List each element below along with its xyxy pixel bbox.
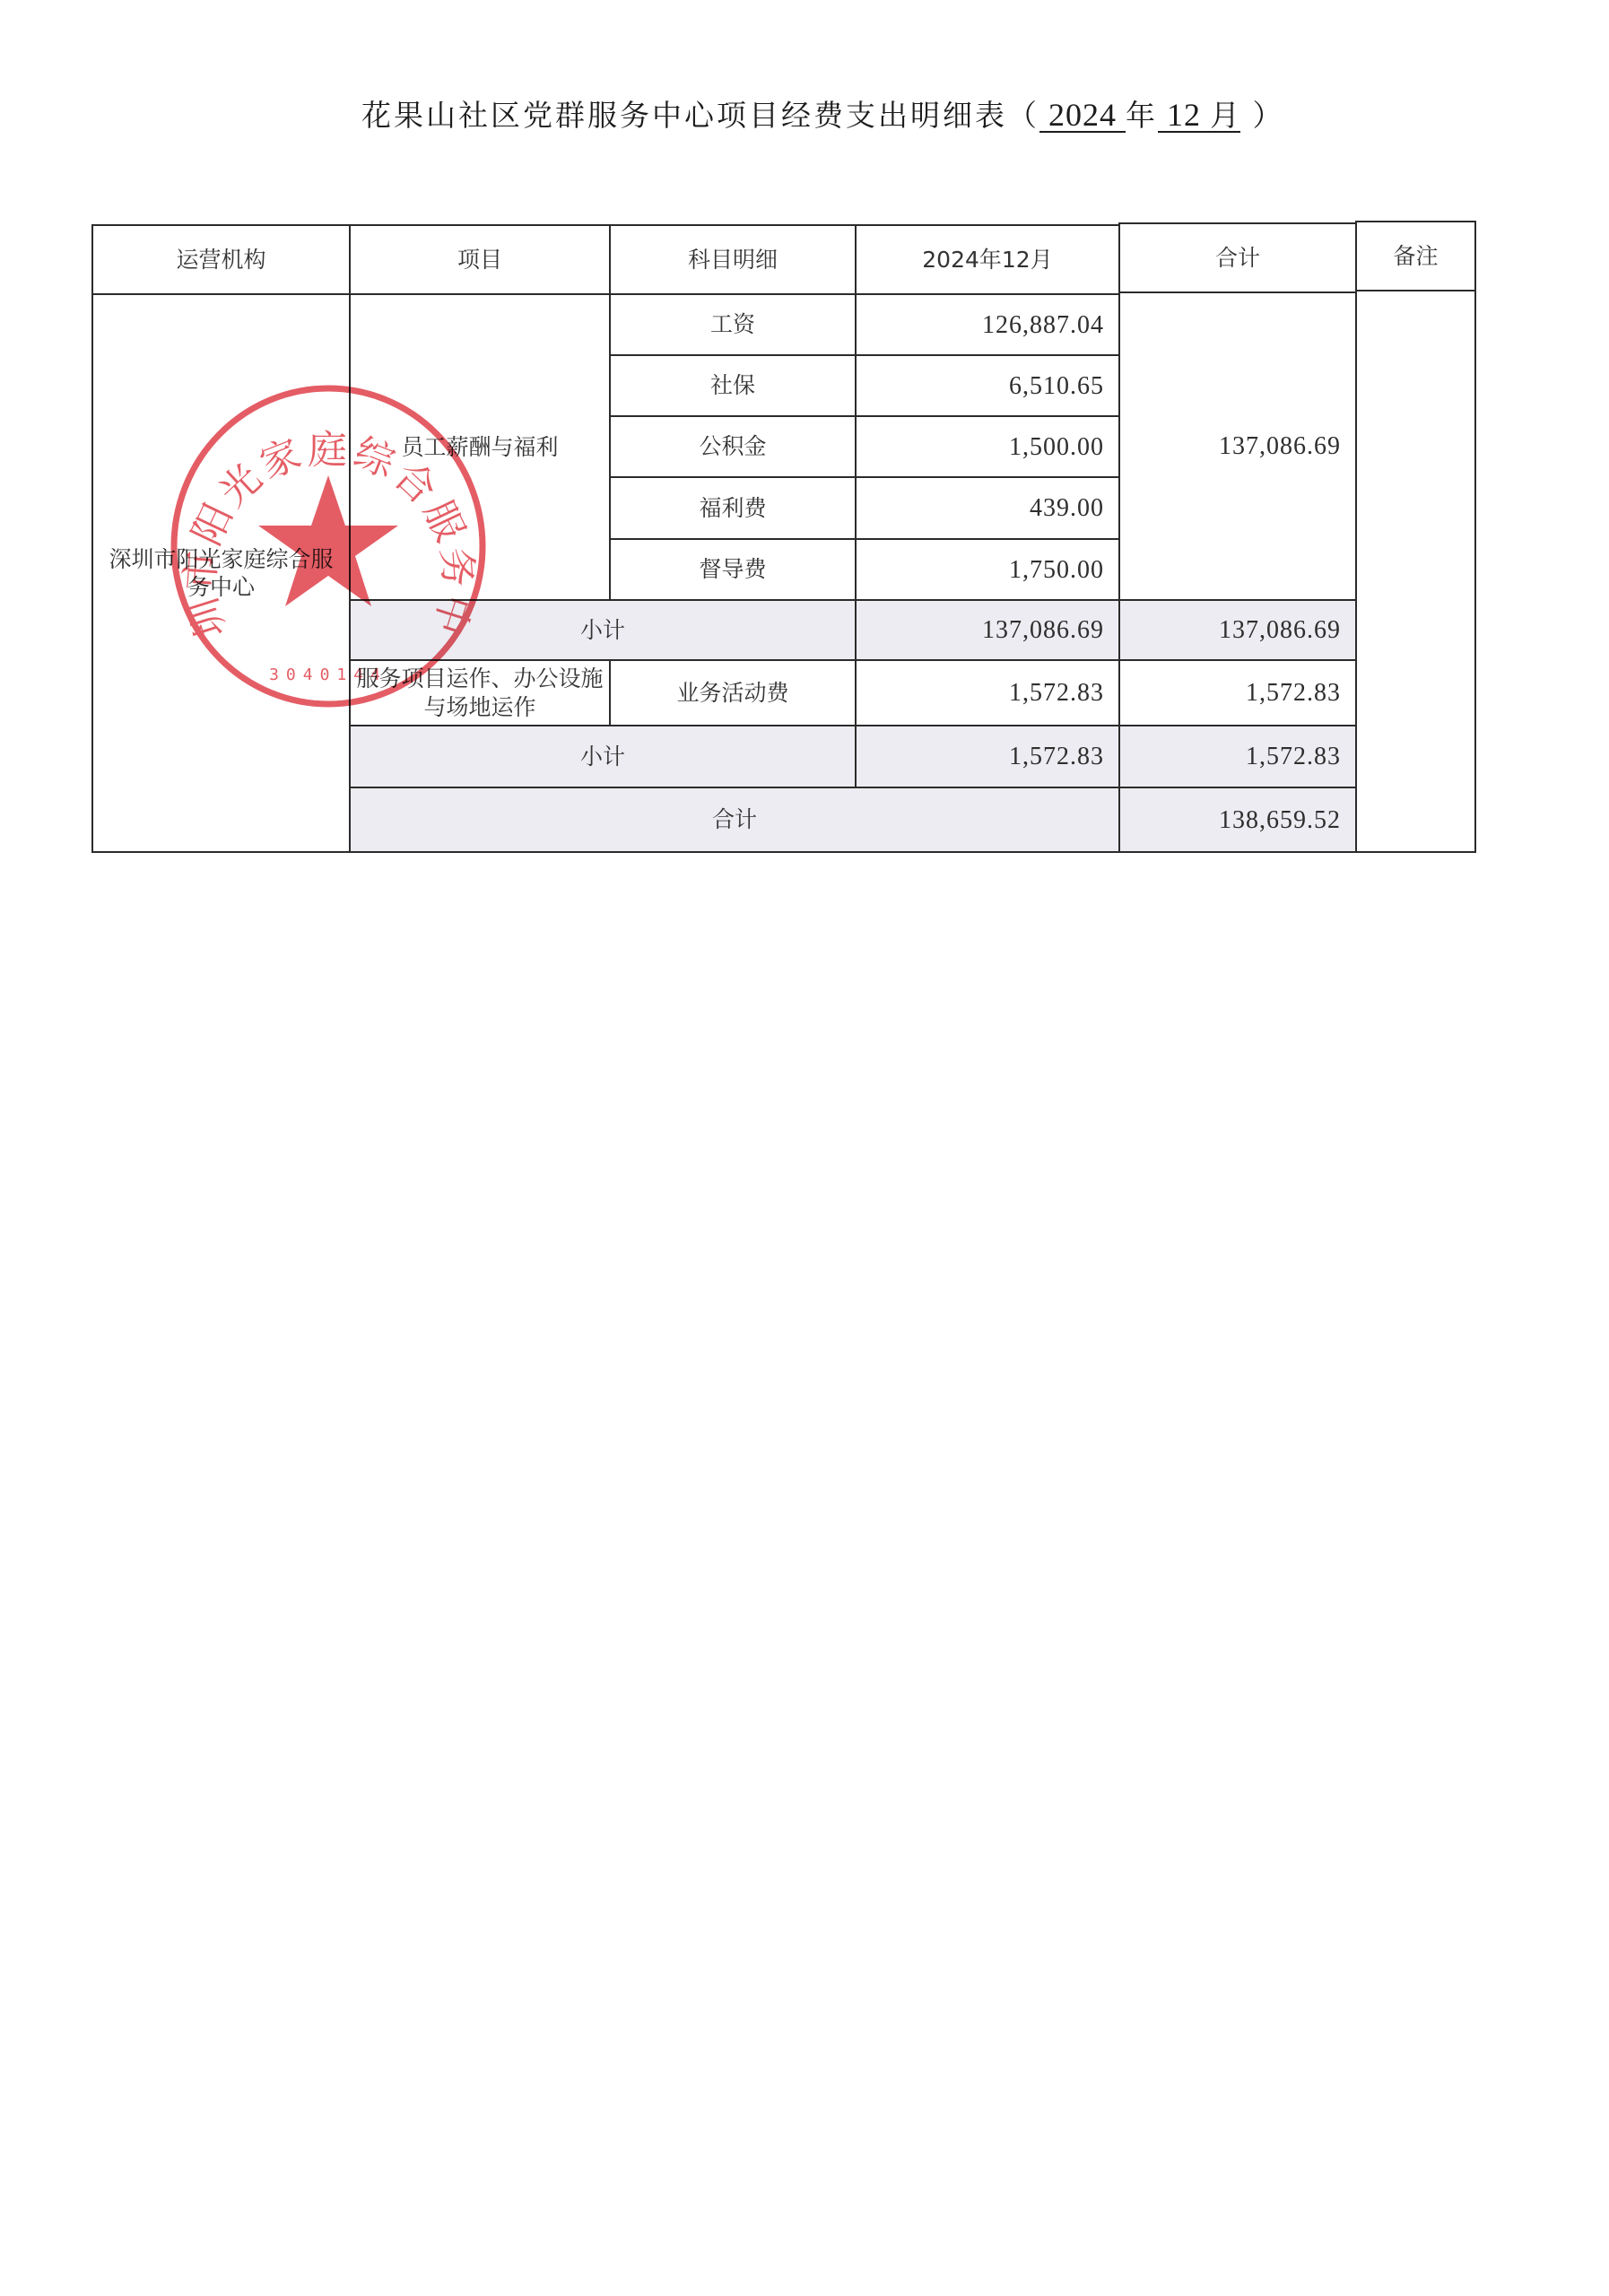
grand-total-label: 合计 [349, 787, 1120, 853]
subtotal-month-2: 1,572.83 [855, 725, 1120, 788]
project-name-2: 服务项目运作、办公设施与场地运作 [357, 665, 604, 721]
subtotal-label-1: 小计 [349, 599, 857, 661]
header-total: 合计 [1118, 222, 1357, 293]
subject-cell: 工资 [609, 293, 857, 356]
subject-cell: 业务活动费 [609, 659, 857, 726]
org-name: 深圳市阳光家庭综合服务中心 [107, 545, 335, 602]
amount-cell: 1,572.83 [855, 659, 1120, 726]
subtotal-total-1: 137,086.69 [1118, 599, 1357, 661]
amount-cell: 1,500.00 [855, 415, 1120, 478]
grand-total-value: 138,659.52 [1118, 787, 1357, 853]
subject-cell: 福利费 [609, 476, 857, 540]
header-project: 项目 [349, 224, 611, 295]
amount-cell: 6,510.65 [855, 354, 1120, 417]
header-month: 2024年12月 [855, 224, 1120, 295]
org-cell: 深圳市阳光家庭综合服务中心 [91, 293, 351, 853]
project-cell-1: 员工薪酬与福利 [349, 293, 611, 601]
subtotal-month-1: 137,086.69 [855, 599, 1120, 661]
subject-cell: 社保 [609, 354, 857, 417]
group-total-cell-1: 137,086.69 [1118, 291, 1357, 601]
project-cell-2: 服务项目运作、办公设施与场地运作 [349, 659, 611, 726]
subtotal-label-2: 小计 [349, 725, 857, 788]
amount-cell: 439.00 [855, 476, 1120, 540]
expense-table: 运营机构 项目 科目明细 2024年12月 合计 备注 深圳市阳光家庭综合服务中… [0, 0, 1609, 897]
subject-cell: 督导费 [609, 538, 857, 601]
subtotal-total-2: 1,572.83 [1118, 725, 1357, 788]
header-remark: 备注 [1355, 221, 1476, 291]
amount-cell: 1,750.00 [855, 538, 1120, 601]
header-org: 运营机构 [91, 224, 351, 295]
group-total-cell-2: 1,572.83 [1118, 659, 1357, 726]
amount-cell: 126,887.04 [855, 293, 1120, 356]
header-subject: 科目明细 [609, 224, 857, 295]
remark-cell [1355, 290, 1476, 853]
subject-cell: 公积金 [609, 415, 857, 478]
